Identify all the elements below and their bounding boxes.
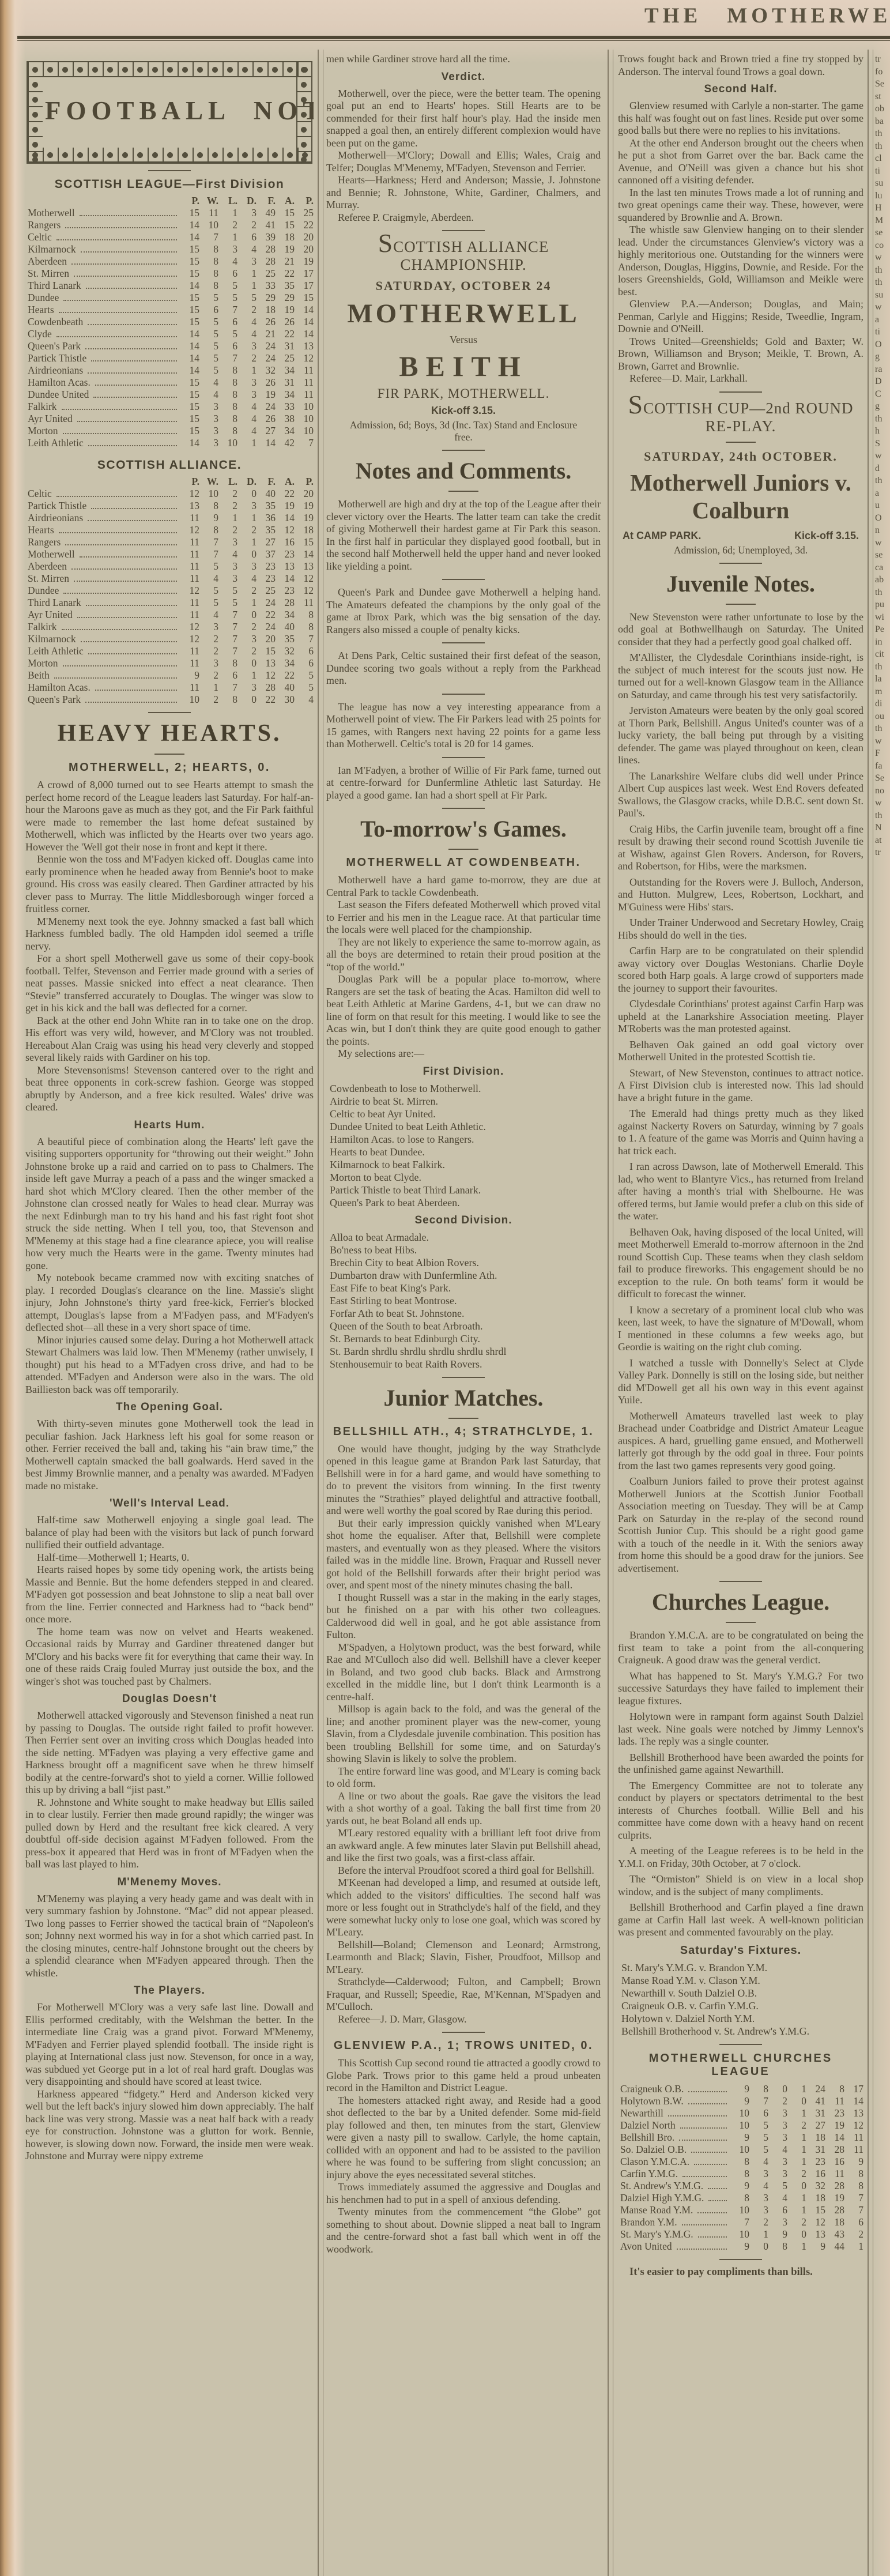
note-paragraph: I watched a tussle with Donnelly's Selec… [618, 1357, 863, 1407]
table-row: Newarthill 106 31 3123 13 [618, 2107, 863, 2119]
separator-rule [719, 563, 762, 564]
text-fragment: se [875, 549, 890, 562]
clipped-column-fragments: trfoSestobbaththcltisuluHMsecowththsuwat… [875, 53, 890, 2576]
article-paragraph: Referee—D. Mair, Larkhall. [618, 372, 863, 385]
article-paragraph: Douglas Park will be a popular place to-… [326, 973, 601, 1048]
text-fragment: w [875, 301, 890, 314]
advert-date: SATURDAY, 24th OCTOBER. [618, 449, 863, 464]
article-paragraph: M'Menemy next took the eye. Johnny smack… [25, 916, 314, 953]
section-heading: Junior Matches. [326, 1384, 601, 1411]
table-row: Dundee 155 55 2929 15 [25, 292, 314, 304]
text-fragment: th [875, 586, 890, 599]
note-paragraph: The “Ormiston” Shield is on view in a lo… [618, 1873, 863, 1898]
fixture-line: Bellshill Brotherhood v. St. Andrew's Y.… [618, 2025, 863, 2038]
table-row: So. Dalziel O.B. 105 41 3128 11 [618, 2144, 863, 2156]
ornament-border [28, 62, 311, 77]
separator-rule [448, 1418, 478, 1419]
article-paragraph: My notebook became crammed now with exci… [25, 1272, 314, 1334]
text-fragment: ob [875, 103, 890, 115]
advert-admission: Admission, 6d; Boys, 3d (Inc. Tax) Stand… [344, 419, 583, 443]
text-fragment: a [875, 314, 890, 326]
advert-venue-kickoff: At CAMP PARK. Kick-off 3.15. [618, 530, 863, 542]
fixtures-subhead: Saturday's Fixtures. [618, 1944, 863, 1957]
advert-kickoff: Kick-off 3.15. [326, 405, 601, 417]
text-fragment: st [875, 91, 890, 103]
separator-rule [442, 757, 485, 758]
note-paragraph: M'Allister, the Clydesdale Corinthians i… [618, 651, 863, 701]
note-paragraph: Stewart, of New Stevenston, continues to… [618, 1067, 863, 1105]
separator-rule [442, 1377, 485, 1378]
section-heading: Juvenile Notes. [618, 570, 863, 597]
text-fragment: ab [875, 574, 890, 586]
article-paragraph: Trows United—Greenshields; Gold and Baxt… [618, 336, 863, 373]
table-row: Queen's Park 102 80 2230 4 [25, 694, 314, 706]
note-paragraph: Coalburn Juniors failed to prove their p… [618, 1475, 863, 1575]
continuation-paragraph: Trows fought back and Brown tried a fine… [618, 53, 863, 78]
article-paragraph: M'Menemy was playing a very heady game a… [25, 1893, 314, 1980]
text-fragment: H [875, 202, 890, 214]
note-paragraph: At Dens Park, Celtic sustained their fir… [326, 650, 601, 687]
article-paragraph: This Scottish Cup second round tie attra… [326, 2057, 601, 2095]
column-rule [608, 50, 613, 2576]
article-subhead: Second Half. [618, 83, 863, 96]
article-paragraph: For Motherwell M'Clory was a very safe l… [25, 2001, 314, 2088]
table-row: Dundee 125 52 2523 12 [25, 585, 314, 597]
table-row: St. Mary's Y.M.G. 101 90 1343 2 [618, 2228, 863, 2240]
separator-rule [719, 1581, 762, 1582]
churches-table-title: MOTHERWELL CHURCHES LEAGUE [618, 2052, 863, 2078]
article-paragraph: Glenview resumed with Carlyle a non-star… [618, 100, 863, 137]
text-fragment: fo [875, 66, 890, 78]
text-fragment: w [875, 797, 890, 809]
note-paragraph: Bellshill Brotherhood have been awarded … [618, 1752, 863, 1776]
table-row: Queen's Park 145 63 2431 13 [25, 340, 314, 352]
scoreline-heading: GLENVIEW P.A., 1; TROWS UNITED, 0. [326, 2039, 601, 2052]
text-fragment: lu [875, 190, 890, 202]
article-paragraph: Minor injuries caused some delay. During… [25, 1334, 314, 1396]
text-fragment: d [875, 462, 890, 475]
table-row: Clyde 145 54 2122 14 [25, 328, 314, 340]
table-row: Kilmarnock 122 73 2035 7 [25, 633, 314, 645]
selection-line: Dumbarton draw with Dunfermline Ath. [326, 1269, 601, 1282]
note-paragraph: The Lanarkshire Welfare clubs did well u… [618, 770, 863, 820]
text-fragment: D [875, 375, 890, 388]
separator-rule [726, 1622, 756, 1623]
separator-rule [442, 579, 485, 580]
advert-kickoff: Kick-off 3.15. [794, 530, 859, 542]
selection-line: Bo'ness to beat Hibs. [326, 1244, 601, 1256]
article-paragraph: Bennie won the toss and M'Fadyen kicked … [25, 853, 314, 916]
table-row: Partick Thistle 138 23 3519 19 [25, 500, 314, 512]
table-row: Hamilton Acas. 154 83 2631 11 [25, 376, 314, 389]
text-fragment: C [875, 388, 890, 401]
table-row: Leith Athletic 112 72 1532 6 [25, 645, 314, 657]
text-fragment: cit [875, 648, 890, 661]
table-row: Falkirk 153 84 2433 10 [25, 401, 314, 413]
advert-date: SATURDAY, OCTOBER 24 [326, 278, 601, 293]
article-paragraph: M'Leary restored equality with a brillia… [326, 1827, 601, 1865]
table-row: Airdrieonians 119 11 3614 19 [25, 512, 314, 524]
article-paragraph: Millsop is again back to the fold, and w… [326, 1703, 601, 1765]
text-fragment: g [875, 400, 890, 413]
fixture-line: Holytown v. Dalziel North Y.M. [618, 2012, 863, 2025]
text-fragment: S [875, 438, 890, 450]
text-fragment: di [875, 698, 890, 710]
separator-rule [442, 642, 485, 643]
article-subhead: M'Menemy Moves. [25, 1876, 314, 1889]
table-row: Morton 153 84 2734 10 [25, 425, 314, 437]
text-fragment: th [875, 140, 890, 153]
fixture-line: St. Mary's Y.M.G. v. Brandon Y.M. [618, 1961, 863, 1974]
table-row: Bellshill Bro. 95 31 1814 11 [618, 2131, 863, 2144]
table-row: Carfin Y.M.G. 83 32 1611 8 [618, 2168, 863, 2180]
article-paragraph: Motherwell, over the piece, were the bet… [326, 88, 601, 150]
text-fragment: th [875, 474, 890, 487]
table-row: Ayr United 114 70 2234 8 [25, 609, 314, 621]
article-paragraph: A line or two about the goals. Rae gave … [326, 1790, 601, 1828]
table-row: Ayr United 153 84 2638 10 [25, 413, 314, 425]
text-fragment: th [875, 413, 890, 425]
table-row: Leith Athletic 143 101 1442 7 [25, 437, 314, 449]
text-fragment: u [875, 499, 890, 512]
selection-line: Brechin City to beat Albion Rovers. [326, 1256, 601, 1269]
article-paragraph: A beautiful piece of combination along t… [25, 1136, 314, 1272]
advert-admission: Admission, 6d; Unemployed, 3d. [635, 544, 846, 556]
note-paragraph: Jerviston Amateurs were beaten by the on… [618, 705, 863, 767]
table-row: Motherwell 1511 13 4915 25 [25, 207, 314, 219]
note-paragraph: I ran across Dawson, late of Motherwell … [618, 1161, 863, 1223]
advert-venue: FIR PARK, MOTHERWELL. [326, 386, 601, 401]
text-fragment: O [875, 512, 890, 525]
table-row: Aberdeen 115 33 2313 13 [25, 560, 314, 573]
text-fragment: F [875, 747, 890, 760]
table-row: Third Lanark 148 51 3335 17 [25, 280, 314, 292]
text-fragment: in [875, 636, 890, 649]
table-row: Clason Y.M.C.A. 84 31 2316 9 [618, 2156, 863, 2168]
note-paragraph: Belhaven Oak gained an odd goal victory … [618, 1039, 863, 1064]
text-fragment: w [875, 537, 890, 549]
text-fragment: pu [875, 598, 890, 611]
text-fragment: ba [875, 115, 890, 128]
article-subhead: MOTHERWELL AT COWDENBEATH. [326, 856, 601, 869]
selection-line: Airdrie to beat St. Mirren. [326, 1095, 601, 1108]
table-row: Morton 113 80 1334 6 [25, 657, 314, 669]
article-paragraph: A crowd of 8,000 turned out to see Heart… [25, 779, 314, 853]
scoreline-heading: BELLSHILL ATH., 4; STRATHCLYDE, 1. [326, 1425, 601, 1438]
separator-rule [154, 754, 184, 755]
article-paragraph: The entire forward line was good, and M'… [326, 1765, 601, 1790]
separator-rule [442, 808, 485, 809]
league-table-heading: SCOTTISH LEAGUE—First Division [25, 178, 314, 191]
selection-line: East Fife to beat King's Park. [326, 1282, 601, 1294]
note-paragraph: What has happened to St. Mary's Y.M.G.? … [618, 1670, 863, 1708]
article-paragraph: Twenty minutes from the commencement “th… [326, 2206, 601, 2255]
table-row: Craigneuk O.B. 98 01 248 17 [618, 2083, 863, 2095]
table-row: St. Mirren 158 61 2522 17 [25, 268, 314, 280]
fixture-line: Newarthill v. South Dalziel O.B. [618, 1987, 863, 1999]
table-row: Dundee United 154 83 1934 11 [25, 389, 314, 401]
table-row: Avon United 90 81 944 1 [618, 2240, 863, 2253]
note-paragraph: Motherwell Amateurs travelled last week … [618, 1410, 863, 1472]
selection-line: Alloa to beat Armadale. [326, 1231, 601, 1244]
ornament-border [296, 62, 311, 163]
note-paragraph: The Emerald had things pretty much as th… [618, 1108, 863, 1157]
column-3: Trows fought back and Brown tried a fine… [618, 53, 863, 2576]
selection-line: Partick Thistle to beat Third Lanark. [326, 1184, 601, 1196]
table-header-row: P. W. L. D. F. A. P. [25, 476, 314, 488]
table-row: Dalziel High Y.M.G. 83 41 1819 7 [618, 2192, 863, 2204]
selection-line: Morton to beat Clyde. [326, 1171, 601, 1184]
separator-rule [148, 170, 191, 171]
table-row: Kilmarnock 158 34 2819 20 [25, 243, 314, 255]
article-subhead: The Players. [25, 1984, 314, 1997]
article-paragraph: More Stevensonisms! Stevenson cantered o… [25, 1064, 314, 1114]
note-paragraph: New Stevenston were rather unfortunate t… [618, 611, 863, 649]
article-paragraph: Motherwell attacked vigorously and Steve… [25, 1709, 314, 1797]
table-row: Aberdeen 158 43 2821 19 [25, 255, 314, 268]
text-fragment: th [875, 127, 890, 140]
selection-line: East Stirling to beat Montrose. [326, 1294, 601, 1307]
text-fragment: th [875, 722, 890, 735]
article-paragraph: Half-time saw Motherwell enjoying a sing… [25, 1514, 314, 1551]
note-paragraph: A meeting of the League referees is to b… [618, 1845, 863, 1870]
note-paragraph: Craig Hibs, the Carfin juvenile team, br… [618, 823, 863, 873]
note-paragraph: Motherwell are high and dry at the top o… [326, 498, 601, 573]
article-paragraph: M'Keenan had developed a limp, and resum… [326, 1877, 601, 1939]
closing-line: It's easier to pay compliments than bill… [618, 2266, 863, 2279]
article-paragraph: The homesters attacked right away, and R… [326, 2095, 601, 2182]
text-fragment: su [875, 177, 890, 190]
note-paragraph: Queen's Park and Dundee gave Motherwell … [326, 586, 601, 636]
text-fragment: th [875, 661, 890, 673]
table-row: Holytown B.W. 97 20 4111 14 [618, 2095, 863, 2107]
note-paragraph: Ian M'Fadyen, a brother of Willie of Fir… [326, 764, 601, 802]
separator-rule [148, 712, 191, 713]
scoreline-heading: MOTHERWELL, 2; HEARTS, 0. [25, 761, 314, 774]
table-row: Celtic 147 16 3918 20 [25, 231, 314, 243]
masthead-title: THE MOTHERWELL [644, 3, 890, 28]
selection-line: St. Bardn shrdlu shrdlu shrdlu shrdlu sh… [326, 1345, 601, 1358]
table-row: Celtic 1210 20 4022 20 [25, 488, 314, 500]
selection-line: Queen of the South to beat Arbroath. [326, 1320, 601, 1332]
selection-line: St. Bernards to beat Edinburgh City. [326, 1332, 601, 1345]
selection-line: Forfar Ath to beat St. Johnstone. [326, 1307, 601, 1320]
article-paragraph: But their early impression quickly vanis… [326, 1517, 601, 1592]
note-paragraph: The league has now a vey interesting app… [326, 701, 601, 751]
separator-rule [448, 491, 478, 492]
text-fragment: ti [875, 165, 890, 178]
article-paragraph: My selections are:— [326, 1048, 601, 1060]
football-notes-box: FOOTBALL NOTES [27, 61, 312, 164]
separator-rule [726, 442, 756, 443]
advert-away-team: BEITH [326, 349, 601, 383]
cup-replay-advert: SCOTTISH CUP—2nd ROUND RE-PLAY. SATURDAY… [618, 399, 863, 556]
article-paragraph: Hearts raised hopes by some tidy opening… [25, 1564, 314, 1626]
note-paragraph: Brandon Y.M.C.A. are to be congratulated… [618, 1629, 863, 1667]
text-fragment: at [875, 834, 890, 847]
separator-rule [442, 230, 485, 231]
note-paragraph: Carfin Harp are to be congratulated on t… [618, 945, 863, 995]
note-paragraph: Outstanding for the Rovers were J. Bullo… [618, 876, 863, 914]
separator-rule [719, 2259, 762, 2260]
article-paragraph: Motherwell—M'Clory; Dowall and Ellis; Wa… [326, 149, 601, 174]
selection-line: Hamilton Acas. to lose to Rangers. [326, 1133, 601, 1146]
advert-match: Motherwell Juniors v. Coalburn [618, 469, 863, 524]
text-fragment: cl [875, 152, 890, 165]
table-row: Hearts 128 22 3512 18 [25, 524, 314, 536]
article-paragraph: R. Johnstone and White sought to make he… [25, 1797, 314, 1871]
article-paragraph: The home team was now on velvet and Hear… [25, 1626, 314, 1688]
text-fragment: h [875, 425, 890, 438]
text-fragment: O [875, 338, 890, 351]
note-paragraph: Holytown were in rampant form against So… [618, 1711, 863, 1748]
selection-line: Queen's Park to beat Aberdeen. [326, 1196, 601, 1209]
note-paragraph: The Emergency Committee are not to toler… [618, 1780, 863, 1842]
article-subhead: 'Well's Interval Lead. [25, 1497, 314, 1510]
selection-line: Stenhousemuir to beat Raith Rovers. [326, 1358, 601, 1370]
section-heading: Notes and Comments. [326, 457, 601, 484]
text-fragment: su [875, 289, 890, 302]
table-row: Third Lanark 115 51 2428 11 [25, 597, 314, 609]
article-paragraph: Glenview P.A.—Anderson; Douglas, and Mai… [618, 298, 863, 336]
article-subhead: Douglas Doesn't [25, 1693, 314, 1705]
table-row: Hearts 156 72 1819 14 [25, 304, 314, 316]
separator-rule [442, 694, 485, 695]
article-paragraph: Trows immediately assumed the aggressive… [326, 2181, 601, 2206]
text-fragment: tr [875, 53, 890, 66]
table-row: Airdrieonians 145 81 3234 11 [25, 364, 314, 376]
text-fragment: w [875, 450, 890, 462]
advert-competition: SCOTTISH ALLIANCE CHAMPIONSHIP. [326, 238, 601, 274]
text-fragment: Pe [875, 623, 890, 636]
selection-line: Cowdenbeath to lose to Motherwell. [326, 1082, 601, 1095]
selection-line: Dundee United to beat Leith Athletic. [326, 1120, 601, 1133]
text-fragment: g [875, 351, 890, 363]
text-fragment: th [875, 264, 890, 277]
article-paragraph: Last season the Fifers defeated Motherwe… [326, 899, 601, 936]
article-paragraph: For a short spell Motherwell gave us som… [25, 952, 314, 1015]
text-fragment: fa [875, 760, 890, 773]
newspaper-page: THE MOTHERWELL FOOTBALL NOTES SCOTTISH L… [0, 0, 890, 2576]
article-paragraph: They are not likely to experience the sa… [326, 936, 601, 974]
text-fragment: w [875, 735, 890, 748]
table-row: Falkirk 123 72 2440 8 [25, 621, 314, 633]
alliance-fixture-advert: SCOTTISH ALLIANCE CHAMPIONSHIP. SATURDAY… [326, 238, 601, 443]
text-fragment: tr [875, 846, 890, 859]
selection-line: Hearts to beat Dundee. [326, 1146, 601, 1158]
advert-home-team: MOTHERWELL [326, 298, 601, 329]
article-paragraph: One would have thought, judging by the w… [326, 1443, 601, 1517]
text-fragment: ti [875, 326, 890, 338]
note-paragraph: Belhaven Oak, having disposed of the loc… [618, 1226, 863, 1301]
selection-line: Celtic to beat Ayr United. [326, 1108, 601, 1120]
advert-competition: SCOTTISH CUP—2nd ROUND RE-PLAY. [618, 399, 863, 435]
text-fragment: M [875, 214, 890, 227]
text-fragment: w [875, 251, 890, 264]
selections-subhead: Second Division. [326, 1214, 601, 1227]
text-fragment: la [875, 673, 890, 686]
article-subhead: Verdict. [326, 71, 601, 84]
article-paragraph: Motherwell have a hard game to-morrow, t… [326, 874, 601, 899]
text-fragment: ca [875, 562, 890, 574]
separator-rule [448, 849, 478, 850]
selections-subhead: First Division. [326, 1065, 601, 1078]
text-fragment: ra [875, 363, 890, 376]
ornament-border [28, 62, 43, 163]
table-row: Beith 92 61 1222 5 [25, 669, 314, 681]
separator-rule [719, 391, 762, 393]
text-fragment: m [875, 686, 890, 698]
article-paragraph: M'Spadyen, a Holytown product, was the b… [326, 1641, 601, 1704]
table-row: St. Mirren 114 34 2314 12 [25, 573, 314, 585]
advert-venue: At CAMP PARK. [623, 530, 701, 542]
separator-rule [719, 2044, 762, 2045]
page-title: FOOTBALL NOTES [45, 96, 294, 126]
continuation-line: men while Gardiner strove hard all the t… [326, 53, 601, 66]
article-paragraph: Harkness appeared “fidgety.” Herd and An… [25, 2088, 314, 2163]
column-rule [868, 50, 873, 2576]
alliance-table-heading: SCOTTISH ALLIANCE. [25, 458, 314, 472]
table-row: Rangers 117 31 2716 15 [25, 536, 314, 548]
column-rule [318, 50, 323, 2576]
article-paragraph: Strathclyde—Calderwood; Fulton, and Camp… [326, 1976, 601, 2013]
selection-line: Kilmarnock to beat Falkirk. [326, 1158, 601, 1171]
separator-rule [442, 450, 485, 451]
article-paragraph: In the last ten minutes Trows made a lot… [618, 187, 863, 224]
article-paragraph: Before the interval Proudfoot scored a t… [326, 1865, 601, 1877]
text-fragment: Se [875, 78, 890, 91]
text-fragment: co [875, 239, 890, 252]
masthead-rule [17, 36, 890, 42]
table-row: St. Andrew's Y.M.G. 94 50 3228 8 [618, 2180, 863, 2192]
separator-rule [726, 604, 756, 605]
table-row: Partick Thistle 145 72 2425 12 [25, 352, 314, 364]
note-paragraph: Bellshill Brotherhood and Carfin played … [618, 1901, 863, 1939]
note-paragraph: I know a secretary of a prominent local … [618, 1304, 863, 1354]
text-fragment: ou [875, 710, 890, 723]
table-header-row: P. W. L. D. F. A. P. [25, 195, 314, 207]
ornament-border [28, 148, 311, 163]
article-subhead: The Opening Goal. [25, 1401, 314, 1414]
column-1: FOOTBALL NOTES SCOTTISH LEAGUE—First Div… [25, 53, 314, 2576]
text-fragment: N [875, 822, 890, 834]
article-subhead: Hearts Hum. [25, 1119, 314, 1132]
section-heading: Churches League. [618, 1588, 863, 1615]
article-paragraph: Back at the other end John White ran in … [25, 1015, 314, 1064]
fixture-line: Manse Road Y.M. v. Clason Y.M. [618, 1974, 863, 1987]
text-fragment: th [875, 276, 890, 289]
article-paragraph: Bellshill—Boland; Clemenson and Leonard;… [326, 1939, 601, 1976]
text-fragment: Se [875, 772, 890, 785]
article-paragraph: Referee P. Craigmyle, Aberdeen. [326, 212, 601, 224]
article-paragraph: At the other end Anderson brought out th… [618, 137, 863, 187]
section-heading: To-morrow's Games. [326, 815, 601, 842]
table-row: Rangers 1410 22 4115 22 [25, 219, 314, 231]
text-fragment: th [875, 809, 890, 822]
table-row: Hamilton Acas. 111 73 2840 5 [25, 681, 314, 694]
fixture-line: Craigneuk O.B. v. Carfin Y.M.G. [618, 1999, 863, 2012]
table-row: Brandon Y.M. 72 32 1218 6 [618, 2216, 863, 2228]
table-row: Cowdenbeath 155 64 2626 14 [25, 316, 314, 328]
note-paragraph: Clydesdale Corinthians' protest against … [618, 998, 863, 1035]
article-paragraph: With thirty-seven minutes gone Motherwel… [25, 1418, 314, 1492]
text-fragment: se [875, 227, 890, 239]
separator-rule [442, 2032, 485, 2033]
article-paragraph: The whistle saw Glenview hanging on to t… [618, 224, 863, 298]
column-2: men while Gardiner strove hard all the t… [326, 53, 601, 2576]
table-row: Manse Road Y.M. 103 61 1528 7 [618, 2204, 863, 2216]
table-row: Dalziel North 105 32 2719 12 [618, 2119, 863, 2131]
